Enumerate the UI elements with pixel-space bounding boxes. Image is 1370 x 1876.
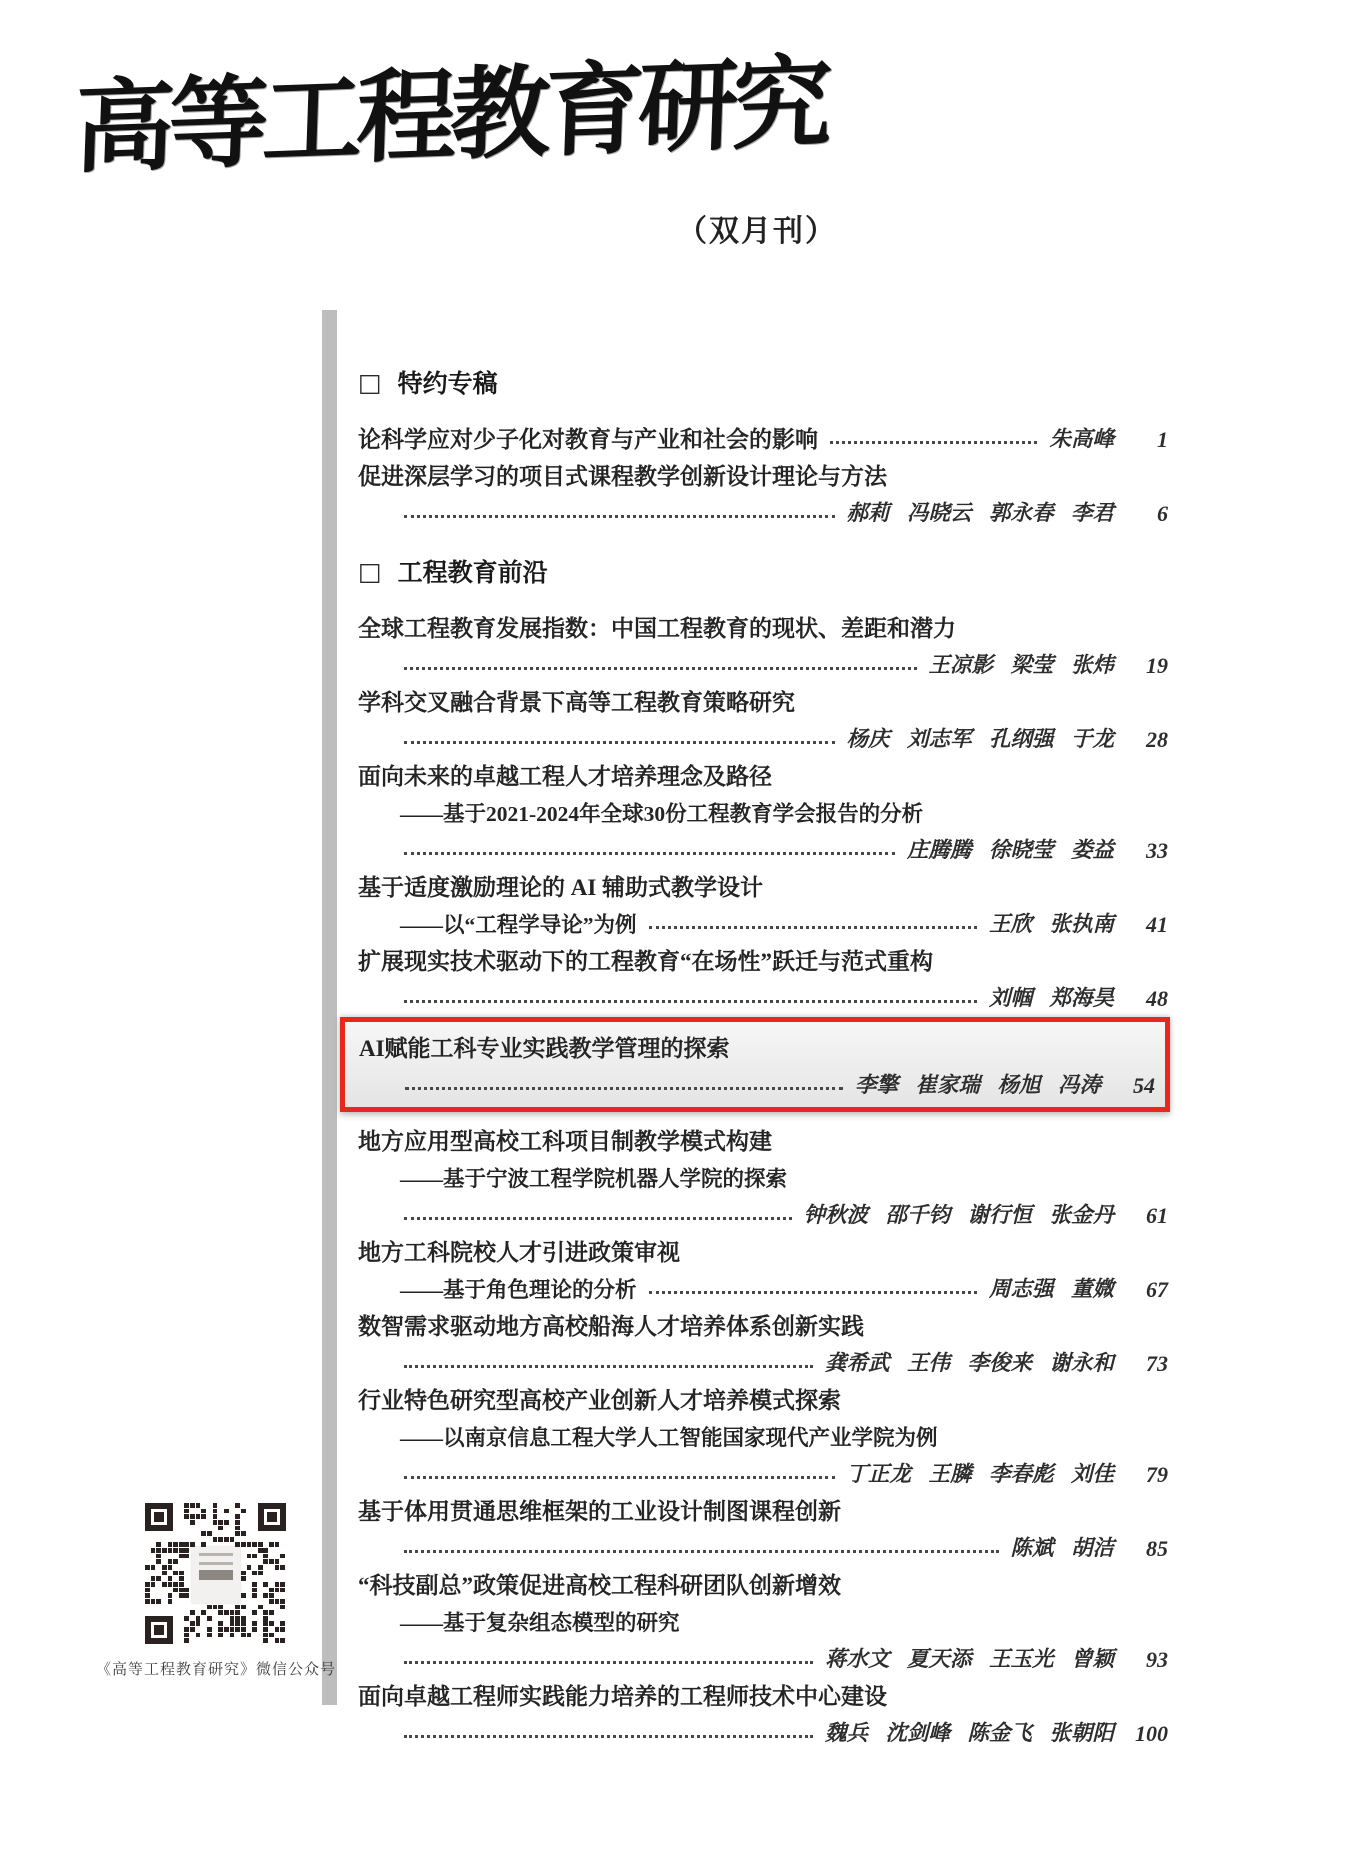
article-leader-row: 龚希武 王伟 李俊来 谢永和73	[358, 1340, 1168, 1377]
article-title-row: 行业特色研究型高校产业创新人才培养模式探索	[358, 1377, 1168, 1414]
qr-caption: 《高等工程教育研究》微信公众号	[60, 1658, 372, 1679]
dotted-leader	[649, 1291, 977, 1294]
section-header-label: 特约专稿	[398, 364, 498, 400]
article-subtitle-row: ——基于宁波工程学院机器人学院的探索	[358, 1155, 1168, 1192]
article-leader-row: 陈斌 胡洁85	[358, 1525, 1168, 1562]
article-subtitle-row: ——基于2021-2024年全球30份工程教育学会报告的分析	[358, 790, 1168, 827]
article-title: 学科交叉融合背景下高等工程教育策略研究	[358, 690, 795, 716]
article-authors: 丁正龙 王膦 李春彪 刘佳	[847, 1462, 1114, 1488]
article-title-row: 全球工程教育发展指数：中国工程教育的现状、差距和潜力	[358, 605, 1168, 642]
article-subtitle-row: ——以“工程学导论”为例王欣 张执南41	[358, 901, 1168, 938]
article-subtitle-row: ——基于复杂组态模型的研究	[358, 1599, 1168, 1636]
article-authors: 庄腾腾 徐晓莹 娄益	[907, 838, 1114, 864]
dotted-leader	[404, 1217, 792, 1220]
article-page-number: 33	[1128, 838, 1168, 864]
article-page-number: 73	[1128, 1351, 1168, 1377]
article-authors: 魏兵 沈剑峰 陈金飞 张朝阳	[825, 1721, 1114, 1747]
article-authors: 郝莉 冯晓云 郭永春 李君	[847, 501, 1114, 527]
dotted-leader	[404, 1661, 813, 1664]
article-page-number: 48	[1128, 986, 1168, 1012]
article-authors: 杨庆 刘志军 孔纲强 于龙	[847, 727, 1114, 753]
article-title: 基于适度激励理论的 AI 辅助式教学设计	[358, 875, 763, 901]
article-title: 全球工程教育发展指数：中国工程教育的现状、差距和潜力	[358, 616, 956, 642]
dotted-leader	[404, 515, 835, 518]
article-title-row: 数智需求驱动地方高校船海人才培养体系创新实践	[358, 1303, 1168, 1340]
article-authors: 陈斌 胡洁	[1011, 1536, 1115, 1562]
article-leader-row: 李擎 崔家瑞 杨旭 冯涛54	[359, 1062, 1155, 1099]
article-authors: 朱高峰	[1049, 427, 1114, 453]
article-subtitle: ——基于宁波工程学院机器人学院的探索	[400, 1167, 787, 1192]
journal-toc-page: 高等工程教育研究 （双月刊） □特约专稿论科学应对少子化对教育与产业和社会的影响…	[0, 0, 1370, 1876]
article-title: 基于体用贯通思维框架的工业设计制图课程创新	[358, 1499, 841, 1525]
article-leader-row: 蒋水文 夏天添 王玉光 曾颖93	[358, 1636, 1168, 1673]
article-subtitle-row: ——基于角色理论的分析周志强 董媺67	[358, 1266, 1168, 1303]
article-authors: 王凉影 梁莹 张炜	[929, 653, 1114, 679]
article-page-number: 100	[1128, 1721, 1168, 1747]
highlight-box: AI赋能工科专业实践教学管理的探索李擎 崔家瑞 杨旭 冯涛54	[340, 1017, 1170, 1112]
section-bullet-icon: □	[358, 370, 382, 395]
article-title: 面向卓越工程师实践能力培养的工程师技术中心建设	[358, 1684, 887, 1710]
article-title: 扩展现实技术驱动下的工程教育“在场性”跃迁与范式重构	[358, 949, 933, 975]
qr-center-label	[192, 1547, 240, 1603]
dotted-leader	[405, 1087, 843, 1090]
article-leader-row: 郝莉 冯晓云 郭永春 李君6	[358, 490, 1168, 527]
article-title-row: 学科交叉融合背景下高等工程教育策略研究	[358, 679, 1168, 716]
article-page-number: 61	[1128, 1203, 1168, 1229]
article-page-number: 85	[1128, 1536, 1168, 1562]
article-title-row: “科技副总”政策促进高校工程科研团队创新增效	[358, 1562, 1168, 1599]
article-leader-row: 丁正龙 王膦 李春彪 刘佳79	[358, 1451, 1168, 1488]
section-header-label: 工程教育前沿	[398, 553, 548, 589]
article-subtitle: ——以“工程学导论”为例	[400, 913, 637, 938]
dotted-leader	[830, 441, 1037, 444]
article-authors: 刘帼 郑海昊	[989, 986, 1114, 1012]
article-title: 地方工科院校人才引进政策审视	[358, 1240, 680, 1266]
qr-finder-icon	[145, 1503, 173, 1531]
article-page-number: 6	[1128, 501, 1168, 527]
article-title: 地方应用型高校工科项目制教学模式构建	[358, 1129, 772, 1155]
article-title-row: 地方工科院校人才引进政策审视	[358, 1229, 1168, 1266]
article-title-row: AI赋能工科专业实践教学管理的探索	[359, 1025, 1155, 1062]
dotted-leader	[649, 926, 977, 929]
article-subtitle: ——基于2021-2024年全球30份工程教育学会报告的分析	[400, 802, 923, 827]
article-title: 行业特色研究型高校产业创新人才培养模式探索	[358, 1388, 841, 1414]
article-title-row: 论科学应对少子化对教育与产业和社会的影响朱高峰1	[358, 416, 1168, 453]
article-title: 论科学应对少子化对教育与产业和社会的影响	[358, 427, 818, 453]
journal-subtitle: （双月刊）	[75, 206, 837, 250]
article-title: “科技副总”政策促进高校工程科研团队创新增效	[358, 1573, 841, 1599]
dotted-leader	[404, 741, 835, 744]
article-title-row: 基于适度激励理论的 AI 辅助式教学设计	[358, 864, 1168, 901]
article-title: 面向未来的卓越工程人才培养理念及路径	[358, 764, 772, 790]
article-page-number: 79	[1128, 1462, 1168, 1488]
journal-title-calligraphy: 高等工程教育研究	[72, 21, 839, 192]
article-subtitle: ——以南京信息工程大学人工智能国家现代产业学院为例	[400, 1426, 938, 1451]
qr-finder-icon	[258, 1503, 286, 1531]
dotted-leader	[404, 1000, 977, 1003]
article-subtitle: ——基于角色理论的分析	[400, 1278, 637, 1303]
article-title: 促进深层学习的项目式课程教学创新设计理论与方法	[358, 464, 887, 490]
article-page-number: 19	[1128, 653, 1168, 679]
article-page-number: 1	[1128, 427, 1168, 453]
toc-body: □特约专稿论科学应对少子化对教育与产业和社会的影响朱高峰1促进深层学习的项目式课…	[337, 310, 1168, 1747]
article-leader-row: 钟秋波 邵千钧 谢行恒 张金丹61	[358, 1192, 1168, 1229]
dotted-leader	[404, 1365, 813, 1368]
article-leader-row: 王凉影 梁莹 张炜19	[358, 642, 1168, 679]
dotted-leader	[404, 1550, 999, 1553]
article-page-number: 67	[1128, 1277, 1168, 1303]
article-authors: 龚希武 王伟 李俊来 谢永和	[825, 1351, 1114, 1377]
table-of-contents: □特约专稿论科学应对少子化对教育与产业和社会的影响朱高峰1促进深层学习的项目式课…	[322, 310, 1168, 1747]
article-title-row: 促进深层学习的项目式课程教学创新设计理论与方法	[358, 453, 1168, 490]
article-page-number: 93	[1128, 1647, 1168, 1673]
masthead: 高等工程教育研究 （双月刊）	[75, 48, 837, 250]
qr-code-pattern	[145, 1503, 286, 1644]
article-title: AI赋能工科专业实践教学管理的探索	[359, 1036, 730, 1062]
article-leader-row: 杨庆 刘志军 孔纲强 于龙28	[358, 716, 1168, 753]
article-leader-row: 刘帼 郑海昊48	[358, 975, 1168, 1012]
article-authors: 钟秋波 邵千钧 谢行恒 张金丹	[804, 1203, 1114, 1229]
dotted-leader	[404, 1735, 813, 1738]
section-header: □特约专稿	[358, 366, 1168, 398]
article-subtitle-row: ——以南京信息工程大学人工智能国家现代产业学院为例	[358, 1414, 1168, 1451]
article-authors: 王欣 张执南	[989, 912, 1114, 938]
section-bullet-icon: □	[358, 559, 382, 584]
qr-finder-icon	[145, 1616, 173, 1644]
qr-code	[145, 1503, 286, 1644]
article-leader-row: 魏兵 沈剑峰 陈金飞 张朝阳100	[358, 1710, 1168, 1747]
article-title: 数智需求驱动地方高校船海人才培养体系创新实践	[358, 1314, 864, 1340]
dotted-leader	[404, 667, 917, 670]
article-page-number: 28	[1128, 727, 1168, 753]
section-header: □工程教育前沿	[358, 555, 1168, 587]
article-authors: 蒋水文 夏天添 王玉光 曾颖	[825, 1647, 1114, 1673]
article-title-row: 扩展现实技术驱动下的工程教育“在场性”跃迁与范式重构	[358, 938, 1168, 975]
article-title-row: 基于体用贯通思维框架的工业设计制图课程创新	[358, 1488, 1168, 1525]
article-title-row: 面向未来的卓越工程人才培养理念及路径	[358, 753, 1168, 790]
article-authors: 李擎 崔家瑞 杨旭 冯涛	[855, 1073, 1101, 1099]
article-authors: 周志强 董媺	[989, 1277, 1114, 1303]
dotted-leader	[404, 852, 895, 855]
dotted-leader	[404, 1476, 835, 1479]
article-leader-row: 庄腾腾 徐晓莹 娄益33	[358, 827, 1168, 864]
article-page-number: 41	[1128, 912, 1168, 938]
toc-sidebar-bar	[322, 310, 337, 1705]
article-subtitle: ——基于复杂组态模型的研究	[400, 1611, 680, 1636]
article-title-row: 面向卓越工程师实践能力培养的工程师技术中心建设	[358, 1673, 1168, 1710]
article-title-row: 地方应用型高校工科项目制教学模式构建	[358, 1118, 1168, 1155]
article-page-number: 54	[1115, 1073, 1155, 1099]
